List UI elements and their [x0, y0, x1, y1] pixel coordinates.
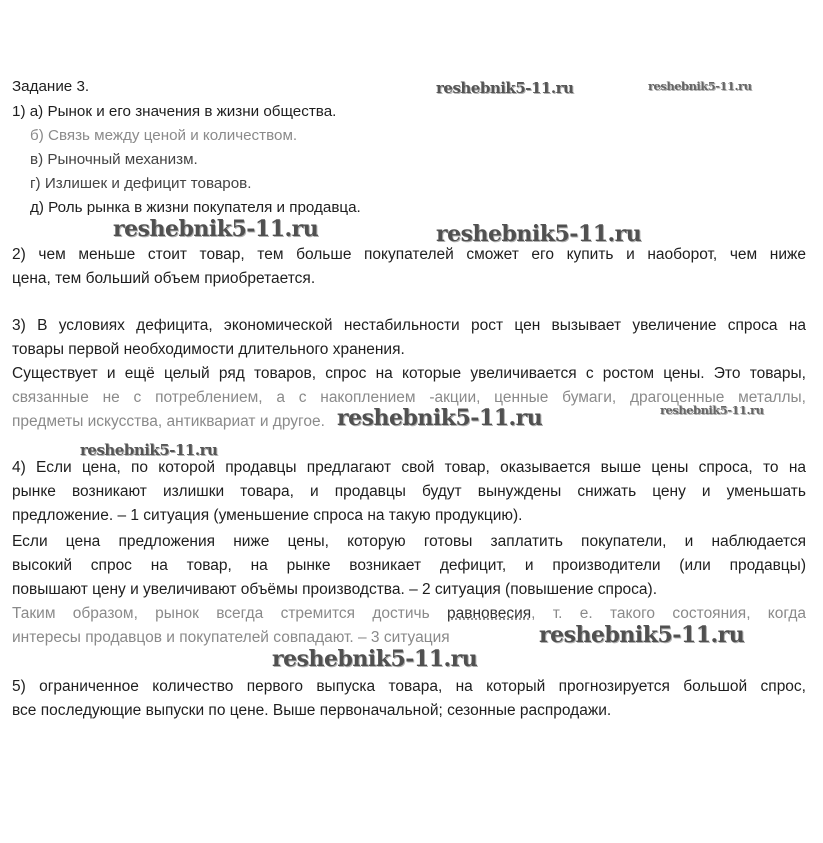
section4-equilibrium-line: Таким образом, рынок всегда стремится до…: [12, 605, 806, 623]
section1-item-b: б) Связь между ценой и количеством.: [30, 127, 297, 144]
section1-item-v: в) Рыночный механизм.: [30, 151, 198, 168]
section3-line-1: 3) В условиях дефицита, экономической не…: [12, 317, 806, 335]
section4-line-5: высокий спрос на товар, на рынке возника…: [12, 557, 806, 575]
watermark: reshebnik5-11.ru: [539, 622, 744, 648]
equilibrium-text-after: , т. е. такого состояния, когда: [531, 605, 806, 622]
section2-line-2: цена, тем больший объем приобретается.: [12, 270, 806, 288]
section3-line-2: товары первой необходимости длительного …: [12, 341, 806, 359]
watermark: reshebnik5-11.ru: [113, 216, 318, 242]
task-heading: Задание 3.: [12, 78, 89, 95]
section4-line-3: предложение. – 1 ситуация (уменьшение сп…: [12, 507, 806, 525]
watermark: reshebnik5-11.ru: [436, 79, 573, 97]
section1-item-a: 1) а) Рынок и его значения в жизни общес…: [12, 103, 336, 120]
section4-line-4: Если цена предложения ниже цены, которую…: [12, 533, 806, 551]
section4-line-2: рынке возникают излишки товара, и продав…: [12, 483, 806, 501]
section4-line-1: 4) Если цена, по которой продавцы предла…: [12, 459, 806, 477]
section1-item-d: д) Роль рынка в жизни покупателя и прода…: [30, 199, 361, 216]
watermark: reshebnik5-11.ru: [80, 441, 217, 459]
watermark: reshebnik5-11.ru: [436, 221, 641, 247]
section3-line-3: Существует и ещё целый ряд товаров, спро…: [12, 365, 806, 383]
watermark: reshebnik5-11.ru: [648, 79, 751, 93]
equilibrium-word: равновесия: [447, 605, 531, 622]
section5-line-2: все последующие выпуски по цене. Выше пе…: [12, 702, 806, 720]
section1-item-g: г) Излишек и дефицит товаров.: [30, 175, 251, 192]
equilibrium-text-before: Таким образом, рынок всегда стремится до…: [12, 605, 447, 622]
watermark: reshebnik5-11.ru: [272, 646, 477, 672]
document-page: Задание 3. 1) а) Рынок и его значения в …: [0, 0, 823, 843]
section2-line-1: 2) чем меньше стоит товар, тем больше по…: [12, 246, 806, 264]
watermark: reshebnik5-11.ru: [660, 403, 763, 417]
section5-line-1: 5) ограниченное количество первого выпус…: [12, 678, 806, 696]
section4-line-6: повышают цену и увеличивают объёмы произ…: [12, 581, 806, 599]
watermark: reshebnik5-11.ru: [337, 405, 542, 431]
